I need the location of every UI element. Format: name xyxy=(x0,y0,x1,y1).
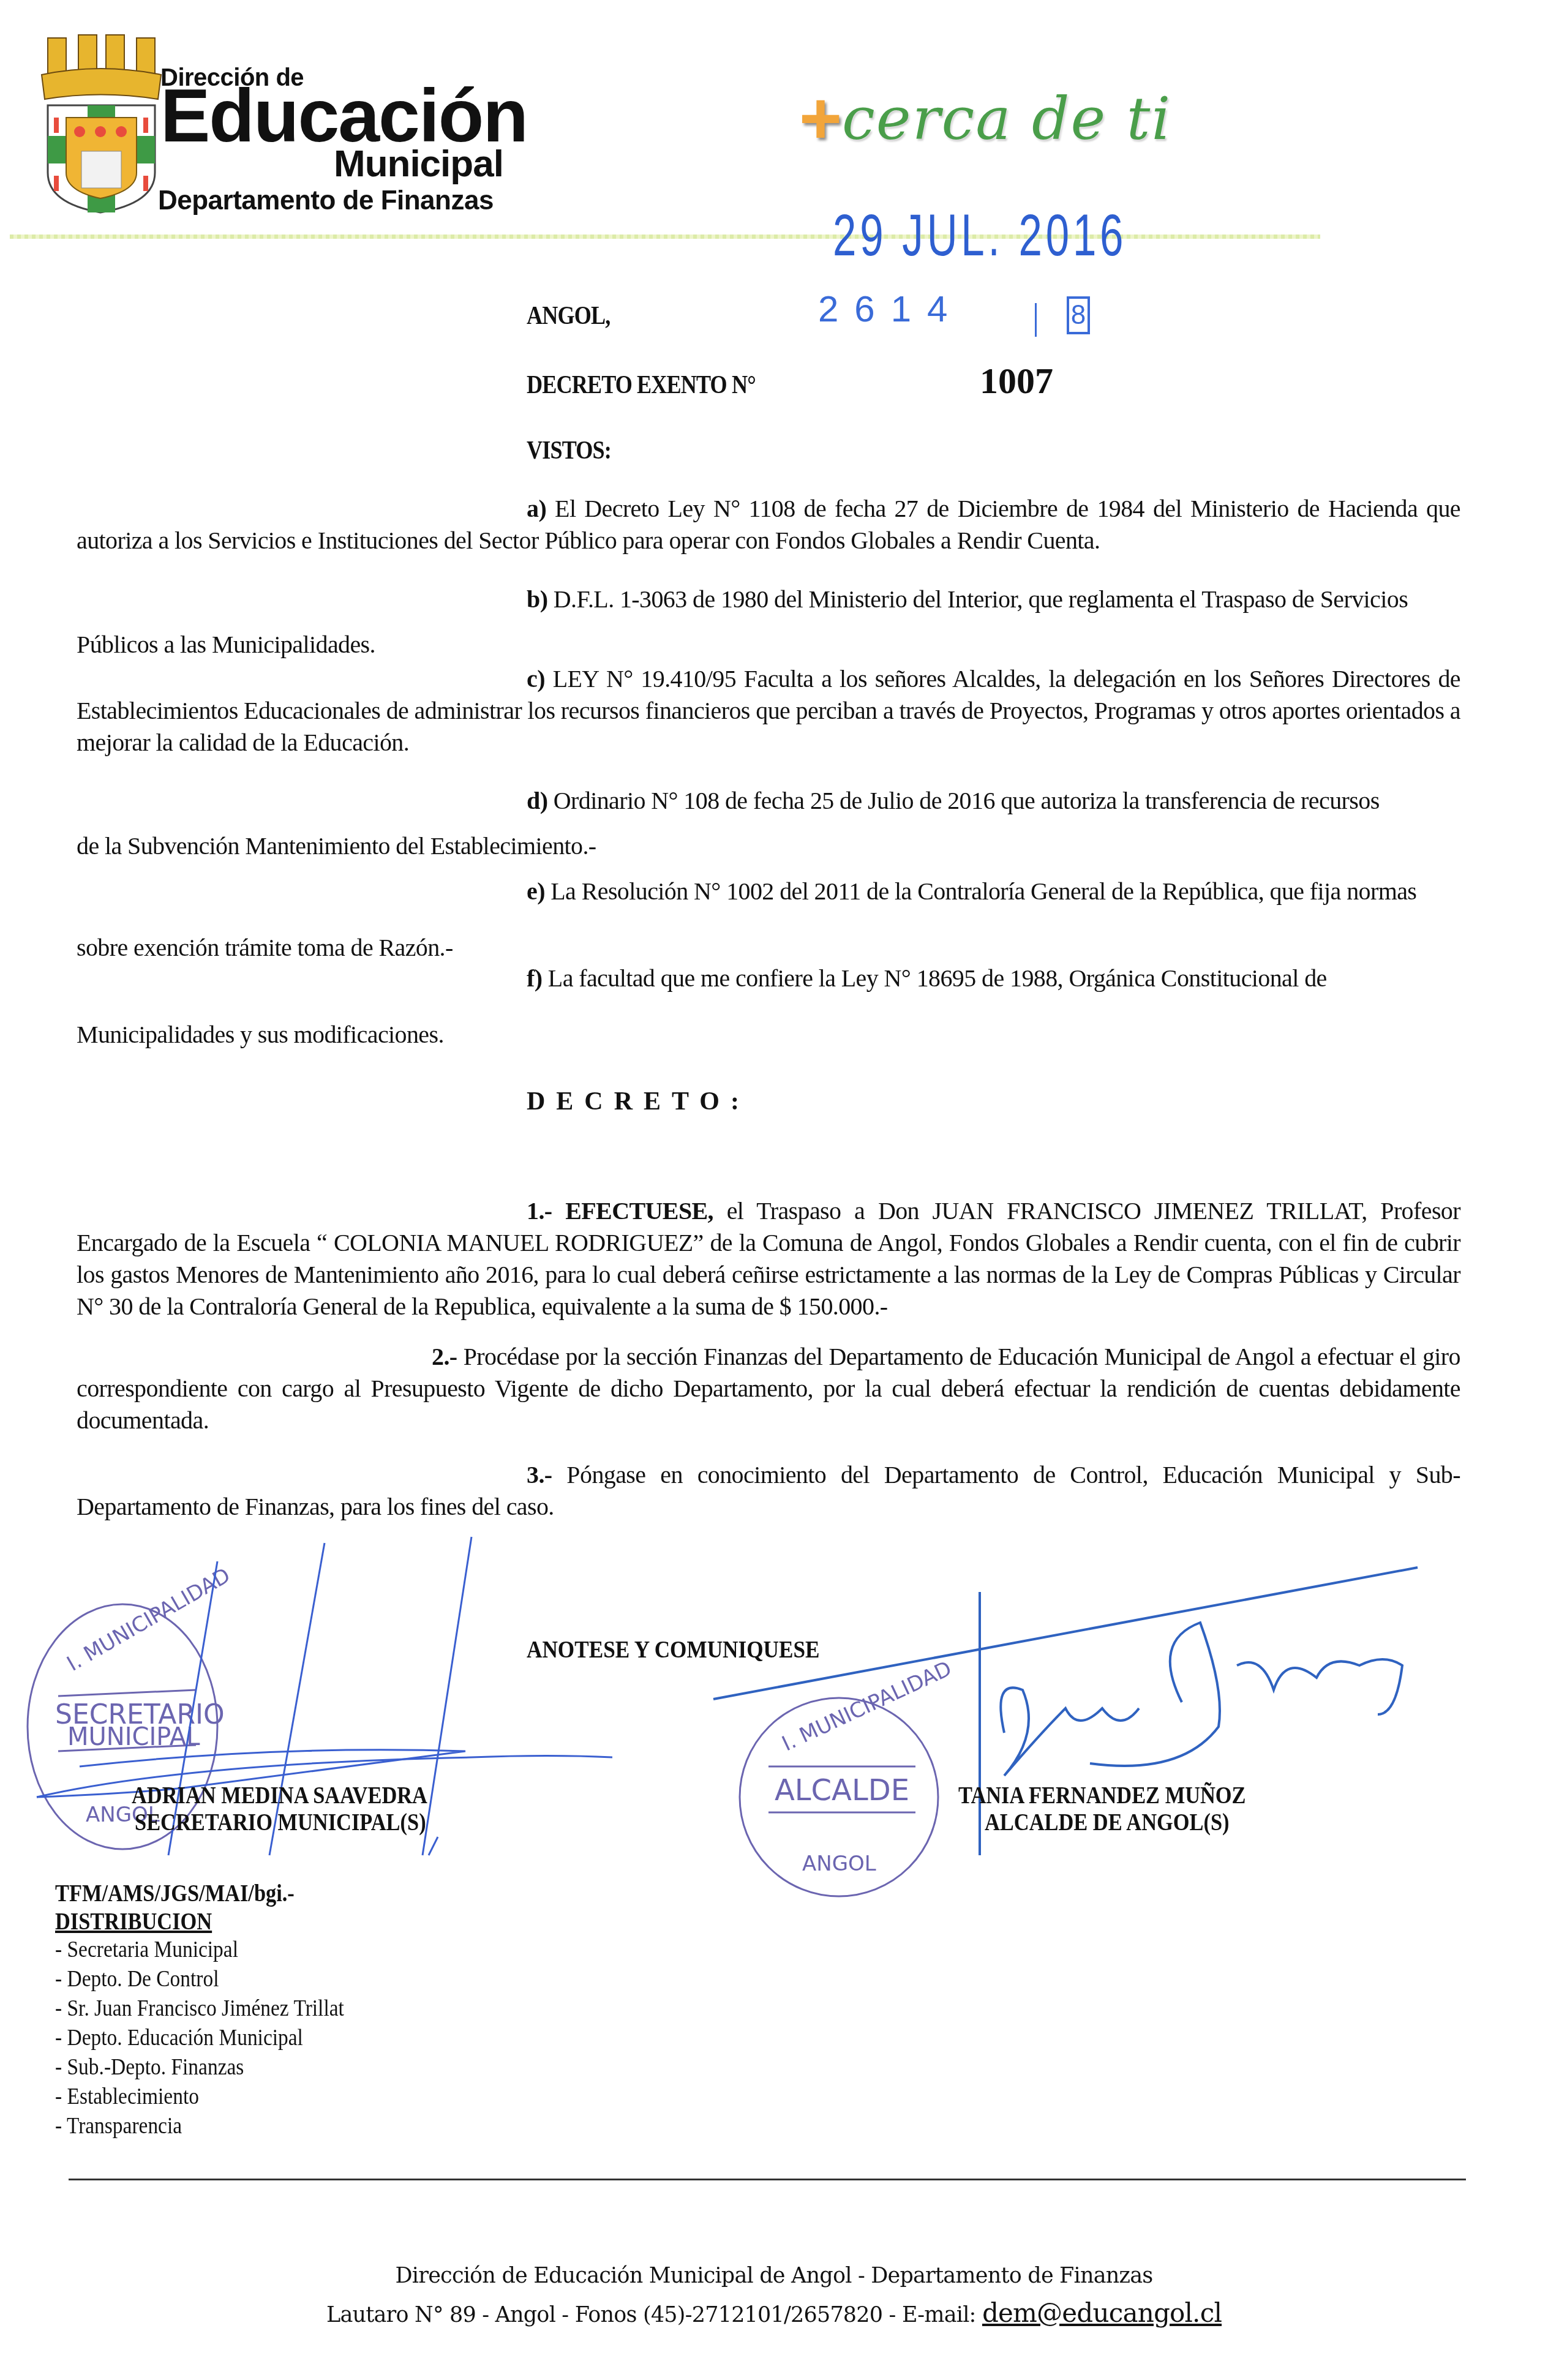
distribution-title: DISTRIBUCION xyxy=(55,1907,212,1935)
slogan: +cerca de ti xyxy=(799,77,1171,161)
svg-text:MUNICIPAL: MUNICIPAL xyxy=(67,1723,200,1751)
svg-text:ANGOL: ANGOL xyxy=(802,1852,876,1876)
stamp-divider xyxy=(1035,303,1037,337)
svg-text:ALCALDE: ALCALDE xyxy=(775,1773,909,1808)
list-item: - Depto. Educación Municipal xyxy=(55,2023,344,2052)
svg-text:I. MUNICIPALIDAD: I. MUNICIPALIDAD xyxy=(778,1656,955,1756)
resolution-2: 2.- Procédase por la sección Finanzas de… xyxy=(77,1341,1460,1436)
department-name: Departamento de Finanzas xyxy=(158,186,494,216)
list-item: - Sub.-Depto. Finanzas xyxy=(55,2052,344,2082)
visto-f: f) La facultad que me confiere la Ley N°… xyxy=(77,963,1460,1051)
footer-org: Dirección de Educación Municipal de Ango… xyxy=(0,2264,1548,2288)
registry-number-stamp: 2614 xyxy=(818,288,963,330)
visto-d: d) Ordinario N° 108 de fecha 25 de Julio… xyxy=(77,785,1460,862)
visto-b: b) D.F.L. 1-3063 de 1980 del Ministerio … xyxy=(77,584,1460,661)
place-label: ANGOL, xyxy=(527,301,610,331)
visto-e: e) La Resolución N° 1002 del 2011 de la … xyxy=(77,876,1460,964)
slogan-text: cerca de ti xyxy=(842,84,1171,153)
visto-a: a) El Decreto Ley N° 1108 de fecha 27 de… xyxy=(77,493,1460,557)
mayor-seal-icon: ALCALDE I. MUNICIPALIDAD ANGOL xyxy=(740,1656,955,1896)
svg-text:I. MUNICIPALIDAD: I. MUNICIPALIDAD xyxy=(63,1563,235,1676)
coat-of-arms-icon xyxy=(29,32,171,216)
visto-c: c) LEY N° 19.410/95 Faculta a los señore… xyxy=(77,663,1460,759)
plus-icon: + xyxy=(799,78,842,160)
footer-divider xyxy=(69,2179,1466,2180)
svg-text:SECRETARIO: SECRETARIO xyxy=(55,1699,225,1730)
list-item: - Secretaria Municipal xyxy=(55,1935,344,1964)
closing-formula: ANOTESE Y COMUNIQUESE xyxy=(527,1635,820,1664)
list-item: - Transparencia xyxy=(55,2111,344,2141)
email-link[interactable]: dem@educangol.cl xyxy=(982,2298,1222,2328)
received-date-stamp: 29 JUL. 2016 xyxy=(833,202,1127,269)
distribution-list: - Secretaria Municipal - Depto. De Contr… xyxy=(55,1935,383,2141)
resolution-3: 3.- Póngase en conocimiento del Departam… xyxy=(77,1459,1460,1523)
decreto-heading: DECRETO: xyxy=(527,1087,750,1116)
decree-number: 1007 xyxy=(980,360,1053,402)
author-initials: TFM/AMS/JGS/MAI/bgi.- xyxy=(55,1879,295,1907)
org-line-3: Municipal xyxy=(334,142,503,186)
list-item: - Depto. De Control xyxy=(55,1964,344,1994)
decree-label: DECRETO EXENTO N° xyxy=(527,370,756,400)
resolution-1: 1.- EFECTUESE, el Traspaso a Don JUAN FR… xyxy=(77,1195,1460,1323)
vistos-label: VISTOS: xyxy=(527,436,611,465)
mayor-name: TANIA FERNANDEZ MUÑOZ xyxy=(958,1781,1246,1809)
secretary-title: SECRETARIO MUNICIPAL(S) xyxy=(135,1808,426,1836)
footer-contact: Lautaro N° 89 - Angol - Fonos (45)-27121… xyxy=(0,2298,1548,2328)
secretary-name: ADRIAN MEDINA SAAVEDRA xyxy=(132,1781,427,1809)
mayor-title: ALCALDE DE ANGOL(S) xyxy=(985,1808,1229,1836)
list-item: - Establecimiento xyxy=(55,2082,344,2111)
registry-box-stamp: 8 xyxy=(1067,296,1090,334)
list-item: - Sr. Juan Francisco Jiménez Trillat xyxy=(55,1994,344,2023)
